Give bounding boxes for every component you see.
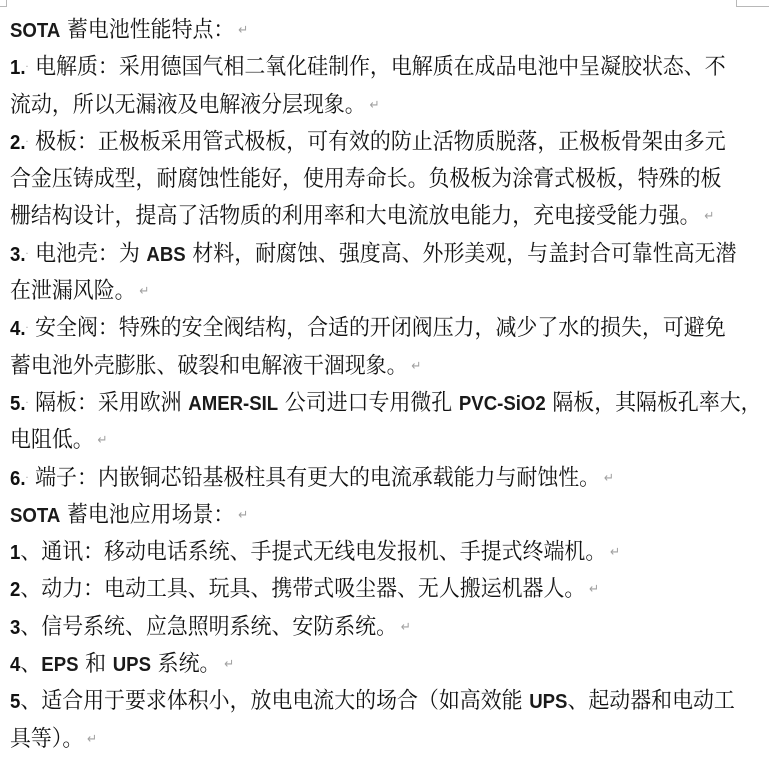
application-text: 、通讯：移动电话系统、手提式无线电发报机、手提式终端机。	[20, 539, 606, 565]
feature-text: 流动，所以无漏液及电解液分层现象。	[10, 92, 366, 118]
feature-item-3-line-1: 3.· 电池壳：为 ABS 材料，耐腐蚀、强度高、外形美观，与盖封合可靠性高无潜	[10, 236, 717, 273]
feature-item-2-line-3: 栅结构设计，提高了活物质的利用率和大电流放电能力，充电接受能力强。↵	[10, 198, 717, 235]
list-number: 4.	[10, 319, 26, 341]
application-text: 和	[79, 651, 113, 677]
feature-text: 隔板，其隔板孔率大，	[546, 390, 762, 416]
paragraph-mark-icon: ↵	[238, 23, 248, 38]
list-number: 1.	[10, 57, 26, 79]
feature-text: 隔板：采用欧洲	[28, 390, 188, 416]
list-number: 6.	[10, 468, 26, 490]
feature-item-3-line-2: 在泄漏风险。↵	[10, 273, 717, 310]
paragraph-mark-icon: ↵	[610, 545, 620, 560]
list-number: 5.	[10, 393, 26, 415]
feature-item-4-line-2: 蓄电池外壳膨胀、破裂和电解液干涸现象。↵	[10, 348, 717, 385]
feature-item-2-line-1: 2.· 极板：正极板采用管式极板，可有效的防止活物质脱落，正极板骨架由多元	[10, 124, 717, 161]
list-number: 4	[10, 654, 20, 676]
application-text: 、适合用于要求体积小，放电电流大的场合（如高效能	[20, 688, 529, 714]
feature-text: 电池壳：为	[28, 241, 146, 267]
material-pvc-sio2: PVC-SiO2	[459, 393, 546, 415]
list-number: 2	[10, 580, 20, 602]
feature-item-6-line-1: 6.· 端子：内嵌铜芯铅基极柱具有更大的电流承载能力与耐蚀性。↵	[10, 460, 717, 497]
feature-item-2-line-2: 合金压铸成型，耐腐蚀性能好，使用寿命长。负极板为涂膏式极板，特殊的板	[10, 161, 717, 198]
paragraph-mark-icon: ↵	[704, 209, 714, 224]
list-number: 5	[10, 691, 20, 713]
brand-text: SOTA	[10, 505, 60, 527]
feature-text: 蓄电池外壳膨胀、破裂和电解液干涸现象。	[10, 353, 408, 379]
page-corner-mark-left	[0, 0, 7, 7]
system-eps: EPS	[41, 654, 78, 676]
application-item-4: 4、EPS 和 UPS 系统。↵	[10, 646, 717, 683]
application-item-5-line-1: 5、适合用于要求体积小，放电电流大的场合（如高效能 UPS、起动器和电动工	[10, 683, 717, 720]
feature-text: 栅结构设计，提高了活物质的利用率和大电流放电能力，充电接受能力强。	[10, 204, 701, 230]
paragraph-mark-icon: ↵	[589, 582, 599, 597]
feature-item-1-line-1: 1.· 电解质：采用德国气相二氧化硅制作，电解质在成品电池中呈凝胶状态、不	[10, 49, 717, 86]
application-text: 系统。	[151, 651, 220, 677]
feature-text: 材料，耐腐蚀、强度高、外形美观，与盖封合可靠性高无潜	[186, 241, 737, 267]
material-abs: ABS	[146, 244, 185, 266]
application-text: 、	[20, 651, 41, 677]
brand-text: SOTA	[10, 20, 60, 42]
feature-item-1-line-2: 流动，所以无漏液及电解液分层现象。↵	[10, 87, 717, 124]
feature-text: 公司进口专用微孔	[278, 390, 459, 416]
feature-item-5-line-1: 5.· 隔板：采用欧洲 AMER-SIL 公司进口专用微孔 PVC-SiO2 隔…	[10, 385, 717, 422]
application-text: 、动力：电动工具、玩具、携带式吸尘器、无人搬运机器人。	[20, 577, 585, 603]
application-item-3: 3、信号系统、应急照明系统、安防系统。↵	[10, 609, 717, 646]
application-item-2: 2、动力：电动工具、玩具、携带式吸尘器、无人搬运机器人。↵	[10, 571, 717, 608]
paragraph-mark-icon: ↵	[604, 471, 614, 486]
paragraph-mark-icon: ↵	[97, 433, 107, 448]
section-heading-features: SOTA 蓄电池性能特点：↵	[10, 12, 717, 49]
feature-text: 安全阀：特殊的安全阀结构，合适的开闭阀压力，减少了水的损失，可避免	[28, 316, 725, 342]
supplier-amer-sil: AMER-SIL	[188, 393, 278, 415]
feature-text: 端子：内嵌铜芯铅基极柱具有更大的电流承载能力与耐蚀性。	[28, 465, 600, 491]
application-item-5-line-2: 具等）。↵	[10, 721, 717, 758]
feature-item-5-line-2: 电阻低。↵	[10, 422, 717, 459]
feature-item-4-line-1: 4.· 安全阀：特殊的安全阀结构，合适的开闭阀压力，减少了水的损失，可避免	[10, 310, 717, 347]
system-ups: UPS	[529, 691, 567, 713]
heading-text: 蓄电池性能特点：	[60, 17, 234, 43]
section-heading-applications: SOTA 蓄电池应用场景：↵	[10, 497, 717, 534]
feature-text: 合金压铸成型，耐腐蚀性能好，使用寿命长。负极板为涂膏式极板，特殊的板	[10, 166, 721, 192]
application-text: 、起动器和电动工	[567, 688, 734, 714]
heading-text: 蓄电池应用场景：	[60, 502, 234, 528]
paragraph-mark-icon: ↵	[87, 732, 97, 747]
list-number: 3.	[10, 244, 26, 266]
list-number: 1	[10, 542, 20, 564]
system-ups: UPS	[113, 654, 151, 676]
paragraph-mark-icon: ↵	[238, 508, 248, 523]
paragraph-mark-icon: ↵	[369, 98, 379, 113]
paragraph-mark-icon: ↵	[224, 657, 234, 672]
page-corner-mark-right	[736, 0, 769, 7]
feature-text: 在泄漏风险。	[10, 278, 136, 304]
feature-text: 电阻低。	[10, 427, 94, 453]
document-body: SOTA 蓄电池性能特点：↵ 1.· 电解质：采用德国气相二氧化硅制作，电解质在…	[10, 12, 770, 758]
application-item-1: 1、通讯：移动电话系统、手提式无线电发报机、手提式终端机。↵	[10, 534, 717, 571]
list-number: 3	[10, 617, 20, 639]
application-text: 、信号系统、应急照明系统、安防系统。	[20, 614, 397, 640]
paragraph-mark-icon: ↵	[139, 284, 149, 299]
feature-text: 电解质：采用德国气相二氧化硅制作，电解质在成品电池中呈凝胶状态、不	[28, 54, 725, 80]
paragraph-mark-icon: ↵	[411, 359, 421, 374]
paragraph-mark-icon: ↵	[401, 620, 411, 635]
feature-text: 极板：正极板采用管式极板，可有效的防止活物质脱落，正极板骨架由多元	[28, 129, 725, 155]
list-number: 2.	[10, 132, 26, 154]
application-text: 具等）。	[10, 726, 83, 752]
